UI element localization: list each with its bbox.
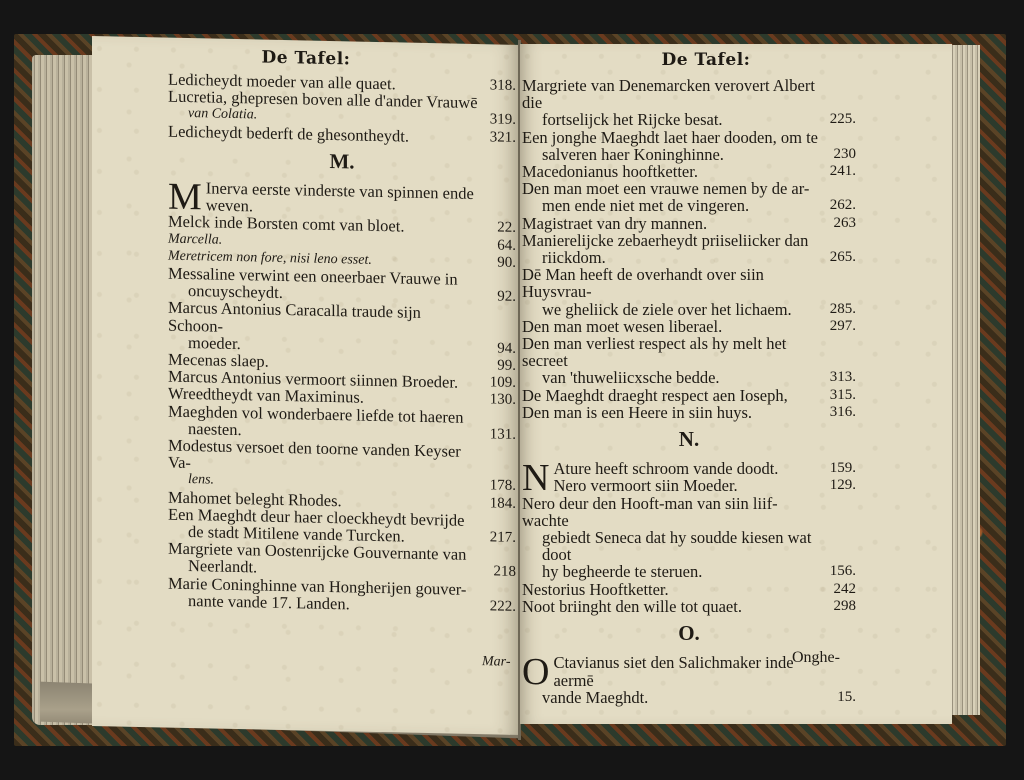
- running-header: De Tafel:: [490, 50, 922, 70]
- index-entry: Margriete van Denemarcken verovert Alber…: [522, 77, 856, 129]
- index-entry: Noot briinght den wille tot quaet.298: [522, 598, 856, 615]
- section-heading-n: N.: [522, 431, 856, 448]
- index-entry: Nero deur den Hooft-man van siin liif-wa…: [522, 495, 856, 581]
- section-heading-o: O.: [522, 625, 856, 642]
- catchword: Mar-: [482, 654, 511, 671]
- index-entry: Den man moet wesen liberael.297.: [522, 318, 856, 335]
- drop-cap: O: [522, 656, 549, 688]
- index-entry: Modestus versoet den toorne vanden Keyse…: [168, 437, 516, 496]
- index-entry: Dē Man heeft de overhandt over siin Huys…: [522, 266, 856, 318]
- index-entry: Manierelijcke zebaerheydt priiseliicker …: [522, 232, 856, 266]
- index-entries: Margriete van Denemarcken verovert Alber…: [522, 77, 856, 706]
- index-entries: Ledicheydt moeder van alle quaet.318. Lu…: [168, 71, 516, 616]
- index-entry: Den man moet een vrauwe nemen by de ar-m…: [522, 180, 856, 214]
- index-entry: Macedonianus hooftketter.241.: [522, 163, 856, 180]
- running-header: De Tafel:: [92, 44, 520, 73]
- section-heading-m: M.: [168, 149, 516, 173]
- index-entry: Nero vermoort siin Moeder.129.: [522, 477, 856, 494]
- index-entry: Den man verliest respect als hy melt het…: [522, 335, 856, 387]
- catchword: Onghe-: [792, 649, 840, 667]
- index-entry: Marcus Antonius Caracalla traude sijn Sc…: [168, 299, 516, 358]
- index-entry: Den man is een Heere in siin huys.316.: [522, 404, 856, 421]
- index-entry: NAture heeft schroom vande doodt.159.: [522, 460, 856, 477]
- page-edges-right: [950, 45, 980, 715]
- index-entry: Een jonghe Maeghdt laet haer dooden, om …: [522, 129, 856, 163]
- index-entry: Nestorius Hooftketter.242: [522, 581, 856, 598]
- index-entry: De Maeghdt draeght respect aen Ioseph,31…: [522, 387, 856, 404]
- right-page: De Tafel: Margriete van Denemarcken vero…: [520, 44, 952, 724]
- drop-cap: M: [168, 181, 202, 214]
- index-entry: Magistraet van dry mannen.263: [522, 215, 856, 232]
- left-page: De Tafel: Ledicheydt moeder van alle qua…: [92, 36, 520, 735]
- index-entry: Marie Coninghinne van Hongherijen gouver…: [168, 574, 516, 616]
